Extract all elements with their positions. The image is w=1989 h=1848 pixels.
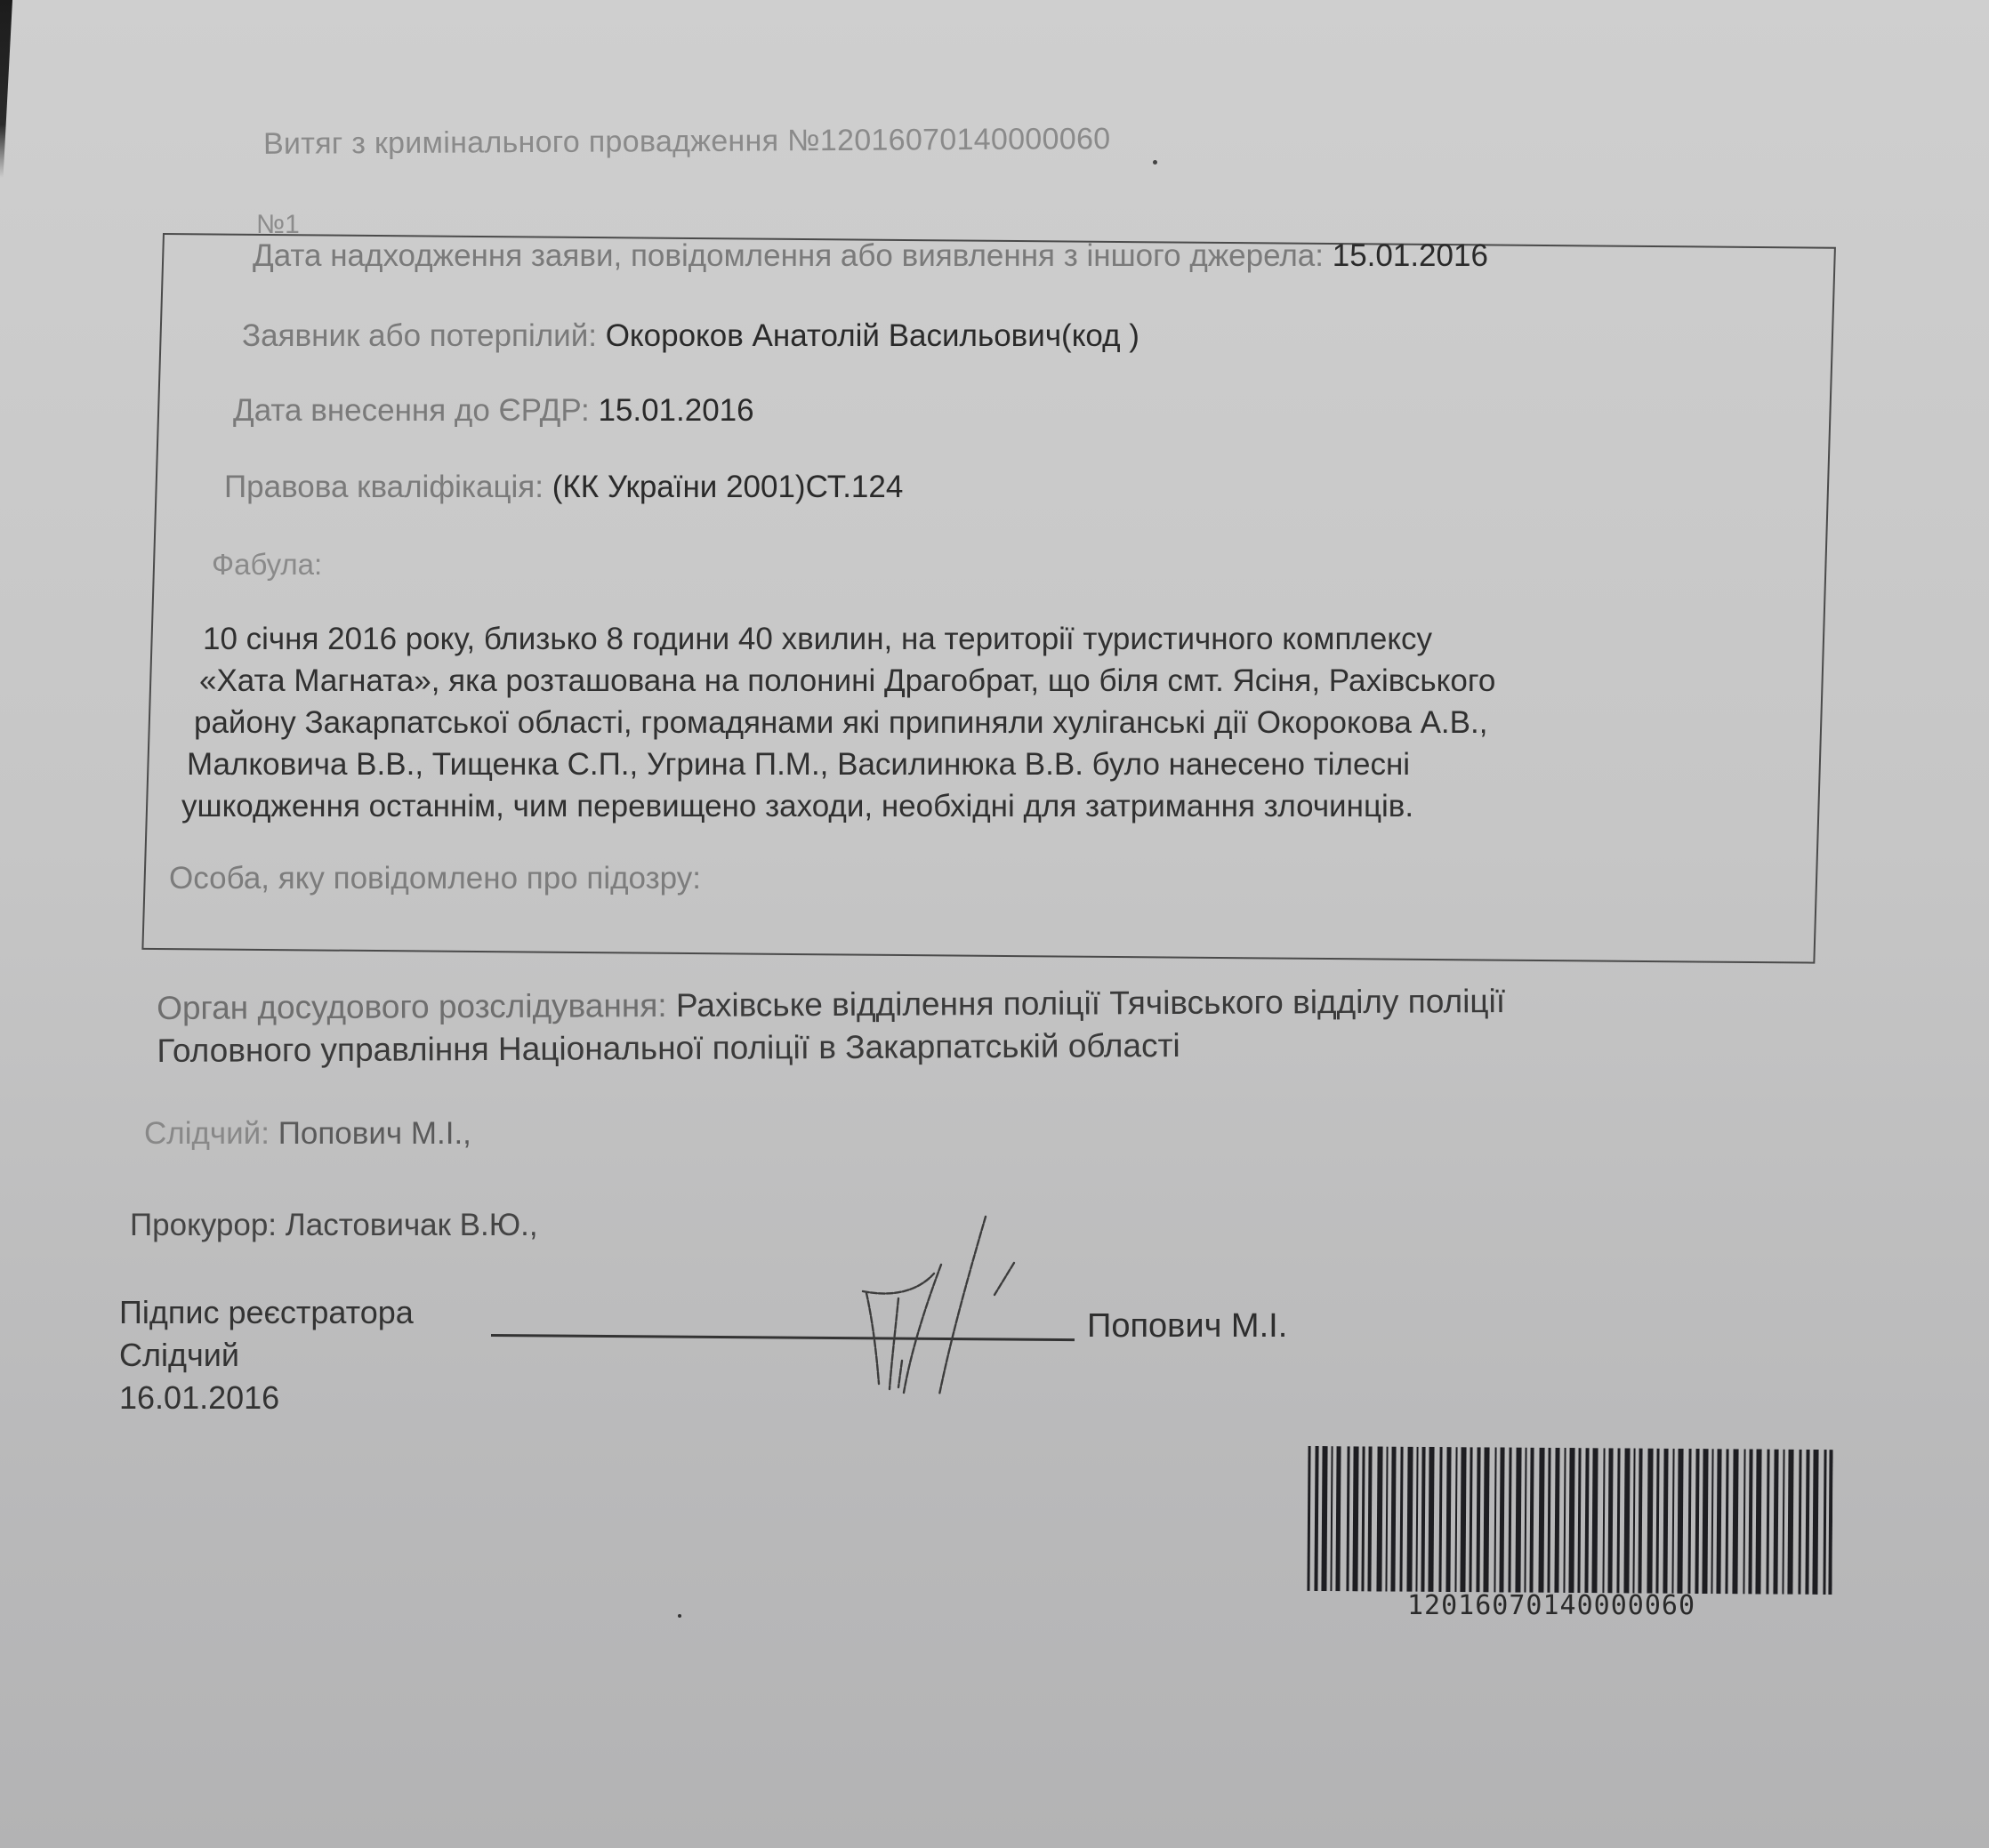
applicant-value: Окороков Анатолій Васильович(код ) xyxy=(606,318,1139,353)
receipt-date-label: Дата надходження заяви, повідомлення або… xyxy=(253,238,1324,273)
plot-text: 10 січня 2016 року, близько 8 години 40 … xyxy=(203,618,1804,827)
signature-date: 16.01.2016 xyxy=(119,1377,414,1419)
document-page: Витяг з кримінального провадження №12016… xyxy=(0,0,1989,1848)
plot-line: району Закарпатської області, громадянам… xyxy=(194,702,1804,743)
signature-label: Підпис реєстратора xyxy=(119,1291,414,1334)
erdr-date-field: Дата внесення до ЄРДР: 15.01.2016 xyxy=(233,393,754,429)
plot-line: ушкодження останнім, чим перевищено захо… xyxy=(181,785,1804,827)
plot-line: Малковича В.В., Тищенка С.П., Угрина П.М… xyxy=(187,743,1804,785)
signature-role: Слідчий xyxy=(119,1334,414,1377)
prosecutor-value: Ластовичак В.Ю., xyxy=(286,1208,538,1242)
signature-name: Попович М.І. xyxy=(1087,1307,1287,1346)
barcode-icon xyxy=(1305,1446,1832,1595)
signature-block: Підпис реєстратора Слідчий 16.01.2016 xyxy=(119,1291,414,1419)
barcode-number: 12016070140000060 xyxy=(1407,1590,1695,1621)
qualification-field: Правова кваліфікація: (КК України 2001)С… xyxy=(224,470,903,505)
applicant-field: Заявник або потерпілий: Окороков Анатолі… xyxy=(242,318,1139,354)
receipt-date-value: 15.01.2016 xyxy=(1333,238,1488,273)
plot-line: «Хата Магната», яка розташована на полон… xyxy=(199,660,1804,702)
investigator-field: Слідчий: Попович М.І., xyxy=(144,1116,471,1152)
document-title: Витяг з кримінального провадження №12016… xyxy=(263,122,1111,162)
handwritten-signature-icon xyxy=(836,1209,1067,1396)
plot-line: 10 січня 2016 року, близько 8 години 40 … xyxy=(203,618,1804,660)
authority-value-line2: Головного управління Національної поліці… xyxy=(157,1023,1505,1073)
qualification-value: (КК України 2001)СТ.124 xyxy=(552,470,904,504)
plot-label: Фабула: xyxy=(212,548,322,582)
authority-label: Орган досудового розслідування: xyxy=(157,987,667,1026)
erdr-date-value: 15.01.2016 xyxy=(598,393,753,428)
investigator-label: Слідчий: xyxy=(144,1116,270,1151)
authority-field: Орган досудового розслідування: Рахівськ… xyxy=(157,980,1505,1073)
ink-dot xyxy=(1153,160,1157,165)
prosecutor-label: Прокурор: xyxy=(130,1208,277,1242)
paper-speck xyxy=(678,1614,681,1618)
suspect-label: Особа, яку повідомлено про підозру: xyxy=(169,861,701,896)
prosecutor-field: Прокурор: Ластовичак В.Ю., xyxy=(130,1208,538,1243)
receipt-date-field: Дата надходження заяви, повідомлення або… xyxy=(253,238,1488,274)
qualification-label: Правова кваліфікація: xyxy=(224,470,544,504)
investigator-value: Попович М.І., xyxy=(278,1116,471,1151)
applicant-label: Заявник або потерпілий: xyxy=(242,318,597,353)
authority-value-line1: Рахівське відділення поліції Тячівського… xyxy=(676,983,1505,1024)
erdr-date-label: Дата внесення до ЄРДР: xyxy=(233,393,590,428)
suspect-field: Особа, яку повідомлено про підозру: xyxy=(169,861,701,896)
